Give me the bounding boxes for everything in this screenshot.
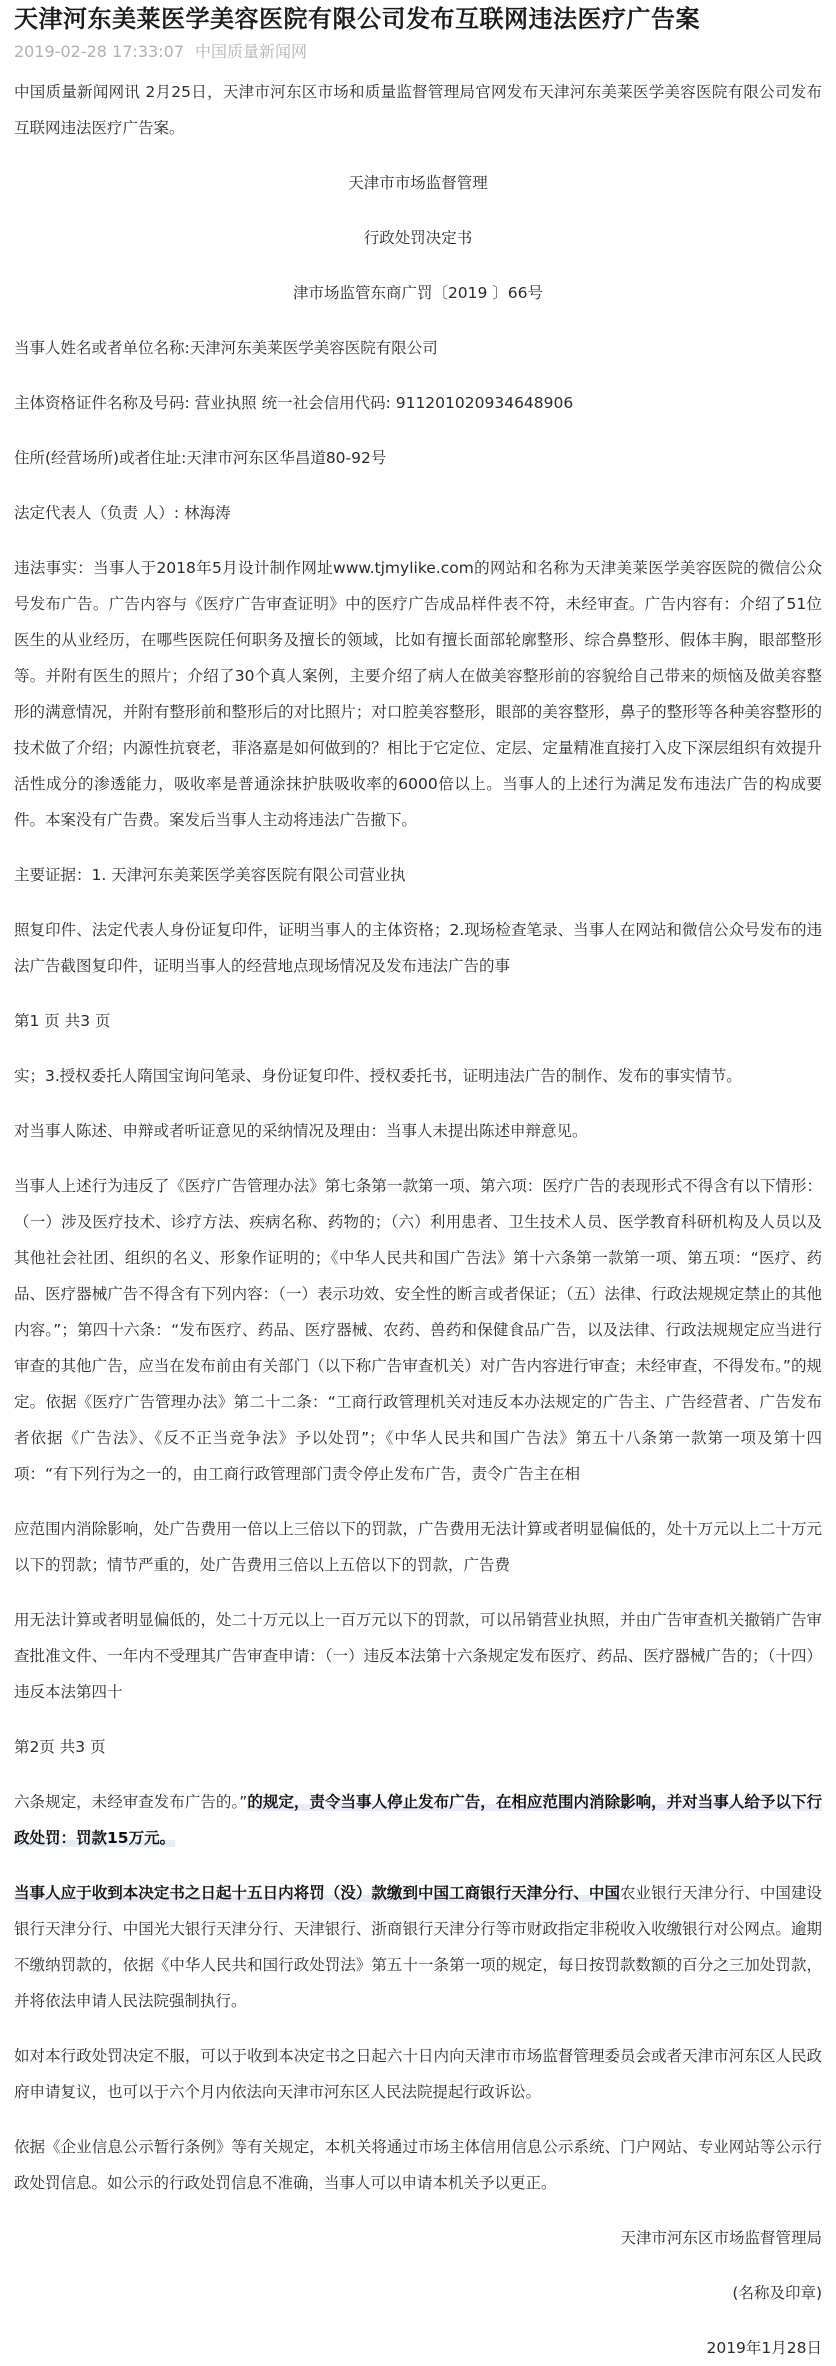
article-page: 天津河东美莱医学美容医院有限公司发布互联网违法医疗广告案 2019-02-28 …: [0, 0, 836, 2366]
page-marker-2: 第2页 共3 页: [14, 1729, 822, 1765]
article-timestamp: 2019-02-28 17:33:07: [14, 42, 184, 61]
signature-agency: 天津市河东区市场监督管理局: [14, 2220, 822, 2256]
page-marker-1: 第1 页 共3 页: [14, 1003, 822, 1039]
signature-seal: (名称及印章): [14, 2275, 822, 2311]
doc-agency: 天津市市场监督管理: [14, 165, 822, 201]
evidence-part-2: 照复印件、法定代表人身份证复印件，证明当事人的主体资格；2.现场检查笔录、当事人…: [14, 912, 822, 984]
evidence-part-3: 实；3.授权委托人隋国宝询问笔录、身份证复印件、授权委托书，证明违法广告的制作、…: [14, 1058, 822, 1094]
legal-basis-part-2: 应范围内消除影响，处广告费用一倍以上三倍以下的罚款，广告费用无法计算或者明显偏低…: [14, 1511, 822, 1583]
doc-number: 津市场监管东商广罚〔2019 〕66号: [14, 275, 822, 311]
payment-instructions: 当事人应于收到本决定书之日起十五日内将罚（没）款缴到中国工商银行天津分行、中国农…: [14, 1875, 822, 2019]
party-name: 当事人姓名或者单位名称:天津河东美莱医学美容医院有限公司: [14, 330, 822, 366]
appeal-rights: 如对本行政处罚决定不服，可以于收到本决定书之日起六十日内向天津市市场监督管理委员…: [14, 2038, 822, 2110]
defense-statement: 对当事人陈述、申辩或者听证意见的采纳情况及理由：当事人未提出陈述申辩意见。: [14, 1113, 822, 1149]
payment-rest: 农业银行天津分行、中国建设银行天津分行、中国光大银行天津分行、天津银行、浙商银行…: [14, 1884, 822, 2010]
signature-date: 2019年1月28日: [14, 2330, 822, 2366]
legal-basis-part-3: 用无法计算或者明显偏低的，处二十万元以上一百万元以下的罚款，可以吊销营业执照，并…: [14, 1602, 822, 1710]
violation-facts: 违法事实：当事人于2018年5月设计制作网址www.tjmylike.com的网…: [14, 550, 822, 838]
article-title: 天津河东美莱医学美容医院有限公司发布互联网违法医疗广告案: [14, 0, 822, 36]
article-lead: 中国质量新闻网讯 2月25日，天津市河东区市场和质量监督管理局官网发布天津河东美…: [14, 74, 822, 146]
legal-representative: 法定代表人（负责 人）: 林海涛: [14, 495, 822, 531]
doc-type: 行政处罚决定书: [14, 220, 822, 256]
article-source: 中国质量新闻网: [195, 42, 307, 61]
disclosure-notice: 依据《企业信息公示暂行条例》等有关规定，本机关将通过市场主体信用信息公示系统、门…: [14, 2129, 822, 2201]
evidence-part-1: 主要证据：1. 天津河东美莱医学美容医院有限公司营业执: [14, 857, 822, 893]
penalty-decision-prefix: 六条规定，未经审查发布广告的。”: [14, 1793, 247, 1811]
article-meta: 2019-02-28 17:33:07 中国质量新闻网: [14, 40, 822, 64]
payment-highlight: 当事人应于收到本决定书之日起十五日内将罚（没）款缴到中国工商银行天津分行、中国: [14, 1884, 620, 1902]
license-info: 主体资格证件名称及号码: 营业执照 统一社会信用代码: 911201020934…: [14, 385, 822, 421]
legal-basis-part-1: 当事人上述行为违反了《医疗广告管理办法》第七条第一款第一项、第六项：医疗广告的表…: [14, 1168, 822, 1492]
address-info: 住所(经营场所)或者住址:天津市河东区华昌道80-92号: [14, 440, 822, 476]
penalty-decision: 六条规定，未经审查发布广告的。”的规定，责令当事人停止发布广告，在相应范围内消除…: [14, 1784, 822, 1856]
